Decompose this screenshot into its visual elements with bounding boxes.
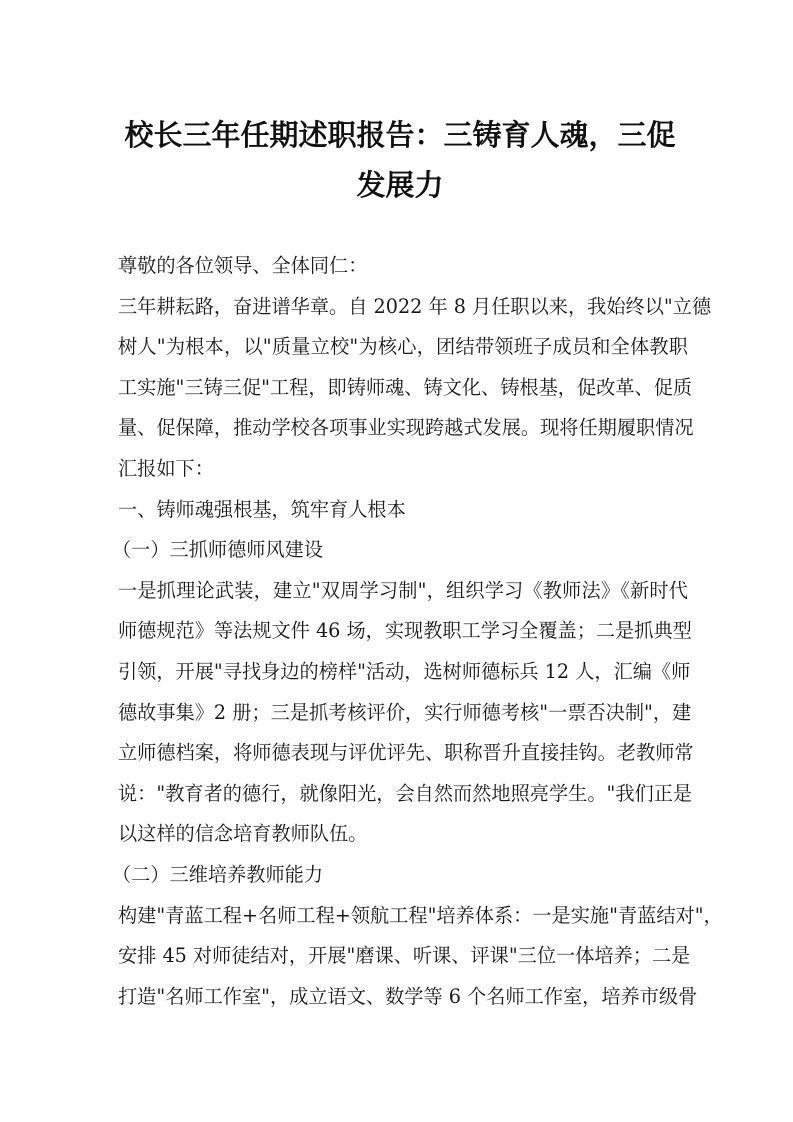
document-title: 校长三年任期述职报告：三铸育人魂，三促 发展力 — [100, 110, 700, 210]
paragraph-line: 引领，开展"寻找身边的榜样"活动，选树师德标兵 12 人，汇编《师 — [118, 652, 688, 693]
title-line-2: 发展力 — [100, 160, 700, 210]
paragraph-line: 打造"名师工作室"，成立语文、数学等 6 个名师工作室，培养市级骨 — [118, 977, 688, 1018]
paragraph-line: 树人"为根本，以"质量立校"为核心，团结带领班子成员和全体教职 — [118, 327, 688, 368]
subsection-1-2-paragraph: 构建"青蓝工程+名师工程+领航工程"培养体系：一是实施"青蓝结对"， 安排 45… — [118, 896, 688, 1018]
subsection-heading-1-2: （二）三维培养教师能力 — [112, 855, 688, 896]
paragraph-line: 工实施"三铸三促"工程，即铸师魂、铸文化、铸根基，促改革、促质 — [118, 368, 688, 409]
paragraph-line: 量、促保障，推动学校各项事业实现跨越式发展。现将任期履职情况 — [118, 408, 688, 449]
intro-paragraph: 三年耕耘路，奋进谱华章。自 2022 年 8 月任职以来，我始终以"立德 树人"… — [118, 287, 688, 490]
subsection-heading-1-1: （一）三抓师德师风建设 — [112, 530, 688, 571]
paragraph-line: 三年耕耘路，奋进谱华章。自 2022 年 8 月任职以来，我始终以"立德 — [118, 287, 688, 328]
paragraph-line: 安排 45 对师徒结对，开展"磨课、听课、评课"三位一体培养；二是 — [118, 936, 688, 977]
paragraph-line: 以这样的信念培育教师队伍。 — [118, 814, 688, 855]
paragraph-line: 构建"青蓝工程+名师工程+领航工程"培养体系：一是实施"青蓝结对"， — [118, 896, 688, 937]
subsection-1-1-paragraph: 一是抓理论武装，建立"双周学习制"，组织学习《教师法》《新时代 师德规范》等法规… — [118, 571, 688, 855]
paragraph-line: 汇报如下： — [118, 449, 688, 490]
section-heading-1: 一、铸师魂强根基，筑牢育人根本 — [118, 490, 688, 531]
paragraph-line: 说："教育者的德行，就像阳光，会自然而然地照亮学生。"我们正是 — [118, 774, 688, 815]
paragraph-line: 德故事集》2 册；三是抓考核评价，实行师德考核"一票否决制"，建 — [118, 693, 688, 734]
paragraph-line: 立师德档案，将师德表现与评优评先、职称晋升直接挂钩。老教师常 — [118, 733, 688, 774]
document-page: 校长三年任期述职报告：三铸育人魂，三促 发展力 尊敬的各位领导、全体同仁： 三年… — [0, 0, 793, 1122]
paragraph-line: 一是抓理论武装，建立"双周学习制"，组织学习《教师法》《新时代 — [118, 571, 688, 612]
salutation: 尊敬的各位领导、全体同仁： — [118, 246, 688, 287]
document-body: 尊敬的各位领导、全体同仁： 三年耕耘路，奋进谱华章。自 2022 年 8 月任职… — [118, 246, 688, 1017]
title-line-1: 校长三年任期述职报告：三铸育人魂，三促 — [100, 110, 700, 160]
paragraph-line: 师德规范》等法规文件 46 场，实现教职工学习全覆盖；二是抓典型 — [118, 611, 688, 652]
